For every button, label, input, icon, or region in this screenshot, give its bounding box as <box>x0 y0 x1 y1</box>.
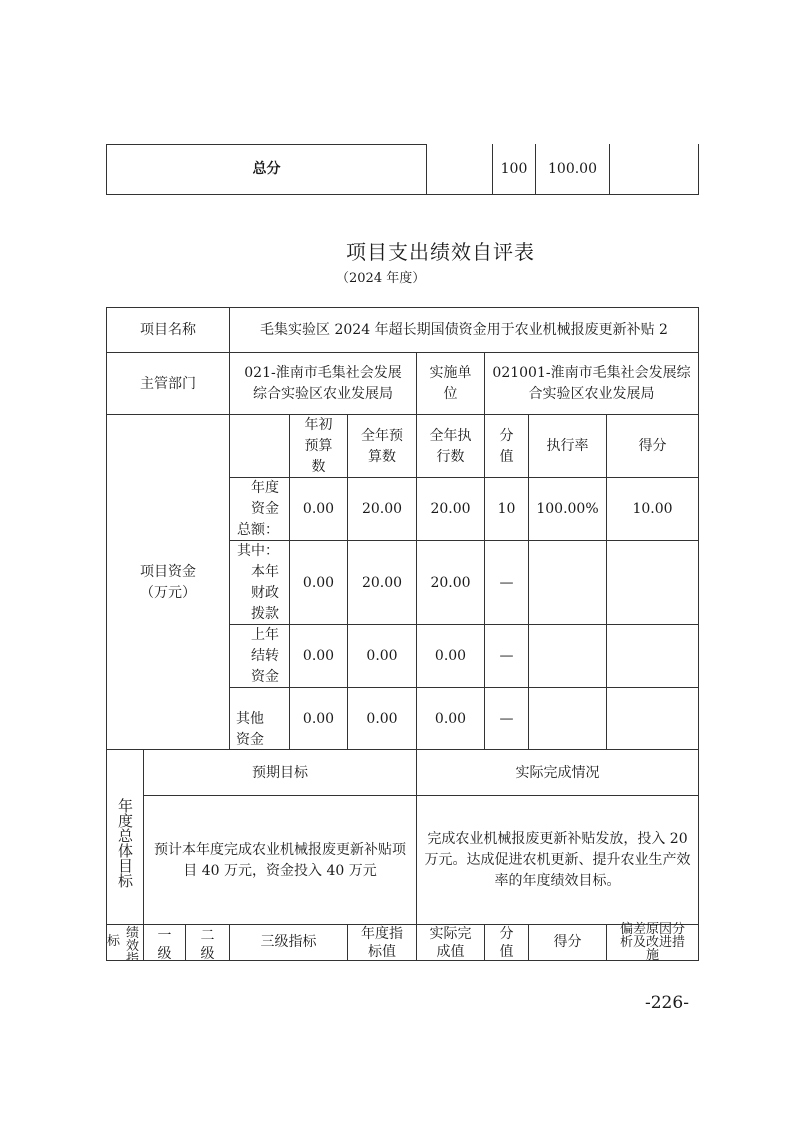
indicator-header-deviation: 偏差原因分 析及改进措 施 <box>606 924 699 961</box>
implementing-unit-value: 021001-淮南市毛集社会发展综合实验区农业发展局 <box>484 352 699 415</box>
funds-header-annual-budget: 全年预 算数 <box>347 414 416 478</box>
funds-row-initial: 0.00 <box>289 624 347 688</box>
expected-goal-header: 预期目标 <box>143 749 416 796</box>
funds-row-score: 10.00 <box>606 477 699 541</box>
funds-header-weight: 分 值 <box>484 414 528 478</box>
funds-row-score <box>606 687 699 750</box>
indicator-header-level1: 一 级 指 <box>143 924 185 961</box>
expected-goal-text: 预计本年度完成农业机械报废更新补贴项目 40 万元，资金投入 40 万元 <box>143 795 416 925</box>
funds-row-score <box>606 540 699 625</box>
indicator-header-score: 得分 <box>528 924 606 961</box>
project-name-label: 项目名称 <box>106 307 229 353</box>
funds-row-annual: 20.00 <box>347 540 416 625</box>
funds-header-execution-rate: 执行率 <box>528 414 606 478</box>
indicator-header-level3: 三级指标 <box>229 924 347 961</box>
department-value: 021-淮南市毛集社会发展综合实验区农业发展局 <box>229 352 416 415</box>
funds-row-rate <box>528 687 606 750</box>
implementing-unit-label: 实施单位 <box>416 352 484 415</box>
funds-row-executed: 0.00 <box>416 624 484 688</box>
form-title: 项目支出绩效自评表 <box>346 236 566 264</box>
funds-row-rate: 100.00% <box>528 477 606 541</box>
funds-row-initial: 0.00 <box>289 687 347 750</box>
annual-goals-label: 年度总体目标 <box>106 749 143 925</box>
funds-header-score: 得分 <box>606 414 699 478</box>
funds-header-annual-executed: 全年执 行数 <box>416 414 484 478</box>
funds-row-executed: 20.00 <box>416 540 484 625</box>
funds-row-executed: 0.00 <box>416 687 484 750</box>
funds-header-blank <box>229 414 289 478</box>
indicator-header-weight: 分 值 <box>484 924 528 961</box>
total-score-label: 总分 <box>106 144 426 195</box>
funds-row-initial: 0.00 <box>289 477 347 541</box>
indicators-section-label: 标 绩 效 指 <box>106 924 143 961</box>
indicators-label-main: 绩 效 指 <box>126 927 139 961</box>
actual-completion-text: 完成农业机械报废更新补贴发放，投入 20 万元。达成促进农机更新、提升农业生产效… <box>416 795 699 925</box>
total-remark-cell <box>609 144 699 195</box>
page-number: -226- <box>645 993 705 1015</box>
actual-completion-header: 实际完成情况 <box>416 749 699 796</box>
funds-row-initial: 0.00 <box>289 540 347 625</box>
indicator-header-level2: 二 级 指 <box>185 924 229 961</box>
form-subtitle: （2024 年度） <box>336 267 476 285</box>
funds-row-weight: — <box>484 687 528 750</box>
funds-row-weight: 10 <box>484 477 528 541</box>
funds-row-weight: — <box>484 624 528 688</box>
total-score-empty-cell <box>426 144 492 195</box>
implementing-unit-label-text: 实施单位 <box>427 363 474 405</box>
annual-goals-label-text: 年度总体目标 <box>116 798 134 888</box>
funds-row-annual: 0.00 <box>347 624 416 688</box>
funds-header-initial-budget: 年初 预算 数 <box>289 414 347 478</box>
department-label: 主管部门 <box>106 352 229 415</box>
funds-row-score <box>606 624 699 688</box>
indicator-header-annual-target: 年度指 标值 <box>347 924 416 961</box>
total-score-value: 100.00 <box>535 144 609 195</box>
funds-row-label: 其中： 本年 财政 拨款 <box>229 540 289 625</box>
total-weight: 100 <box>492 144 535 195</box>
funds-row-rate <box>528 540 606 625</box>
project-name-value: 毛集实验区 2024 年超长期国债资金用于农业机械报废更新补贴 2 <box>229 307 699 353</box>
indicators-label-fragment: 标 <box>107 933 120 951</box>
indicator-header-actual-value: 实际完 成值 <box>416 924 484 961</box>
funds-row-label: 其他 资金 <box>229 687 289 750</box>
funds-section-label: 项目资金 （万元） <box>106 414 229 750</box>
funds-row-annual: 20.00 <box>347 477 416 541</box>
funds-row-executed: 20.00 <box>416 477 484 541</box>
funds-row-annual: 0.00 <box>347 687 416 750</box>
funds-row-weight: — <box>484 540 528 625</box>
funds-row-label: 上年 结转 资金 <box>229 624 289 688</box>
funds-row-rate <box>528 624 606 688</box>
funds-row-label: 年度 资金 总额： <box>229 477 289 541</box>
